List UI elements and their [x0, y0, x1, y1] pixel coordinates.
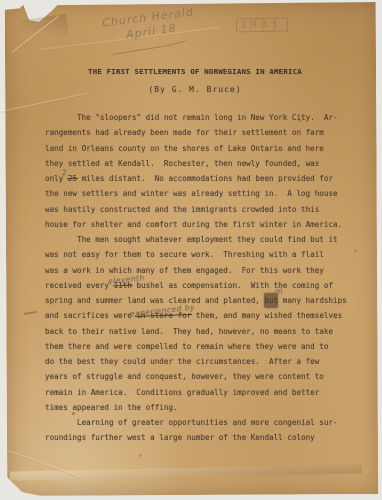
- struck-text: in store forexperienced by: [136, 308, 191, 323]
- handwritten-edit-note: 2: [61, 169, 67, 177]
- body-line: house for shelter and comfort during the…: [45, 217, 357, 232]
- body-line: The "sloopers" did not remain long in Ne…: [45, 110, 357, 125]
- body-line: them there and were compelled to remain …: [45, 339, 357, 354]
- body-line: land in Orleans county on the shores of …: [45, 141, 357, 156]
- body-line: was a work in which many of them engaged…: [45, 263, 357, 278]
- body-line: years of struggle and conquest, however,…: [45, 369, 357, 384]
- body-line: times appeared in the offing.: [45, 400, 357, 415]
- document-byline: (By G. M. Bruce): [45, 85, 345, 94]
- margin-pencil-mark: [24, 311, 37, 314]
- body-line: they settled at Kendall. Rochester, then…: [45, 156, 357, 171]
- body-line: spring and summer land was cleared and p…: [45, 293, 357, 308]
- body-line: Learning of greater opportunities and mo…: [45, 415, 357, 430]
- handwritten-edit-note: m: [274, 288, 283, 297]
- struck-text: butm: [264, 293, 278, 308]
- handwritten-edit-note: eleventh: [107, 274, 144, 285]
- struck-text: 11theleventh: [114, 278, 132, 293]
- body-line: do the best they could under the circums…: [45, 354, 357, 369]
- body-line: roundings further west a large number of…: [45, 430, 357, 445]
- struck-text: 252: [68, 171, 77, 186]
- document-title: THE FIRST SETTLEMENTS OF NORWEGIANS IN A…: [45, 67, 345, 76]
- document-body: The "sloopers" did not remain long in Ne…: [45, 110, 357, 446]
- body-line: was not easy for them to secure work. Th…: [45, 247, 357, 262]
- body-line: received every 11theleventh bushel as co…: [45, 278, 357, 293]
- body-line: the new settlers and winter was already …: [45, 186, 357, 201]
- body-line: The men sought whatever employment they …: [45, 232, 357, 247]
- body-line: and sacrifices were in store forexperien…: [45, 308, 357, 323]
- body-line: only 252 miles distant. No accommodation…: [45, 171, 357, 186]
- body-line: rangements had already been made for the…: [45, 125, 357, 140]
- year-stamp: 1935: [236, 18, 288, 33]
- body-line: was hastily constructed and the immigran…: [45, 202, 357, 217]
- body-line: back to their native land. They had, how…: [45, 324, 357, 339]
- document-layer: Church Herald April 18 1935 THE FIRST SE…: [0, 0, 382, 500]
- body-line: remain in America. Conditions gradually …: [45, 385, 357, 400]
